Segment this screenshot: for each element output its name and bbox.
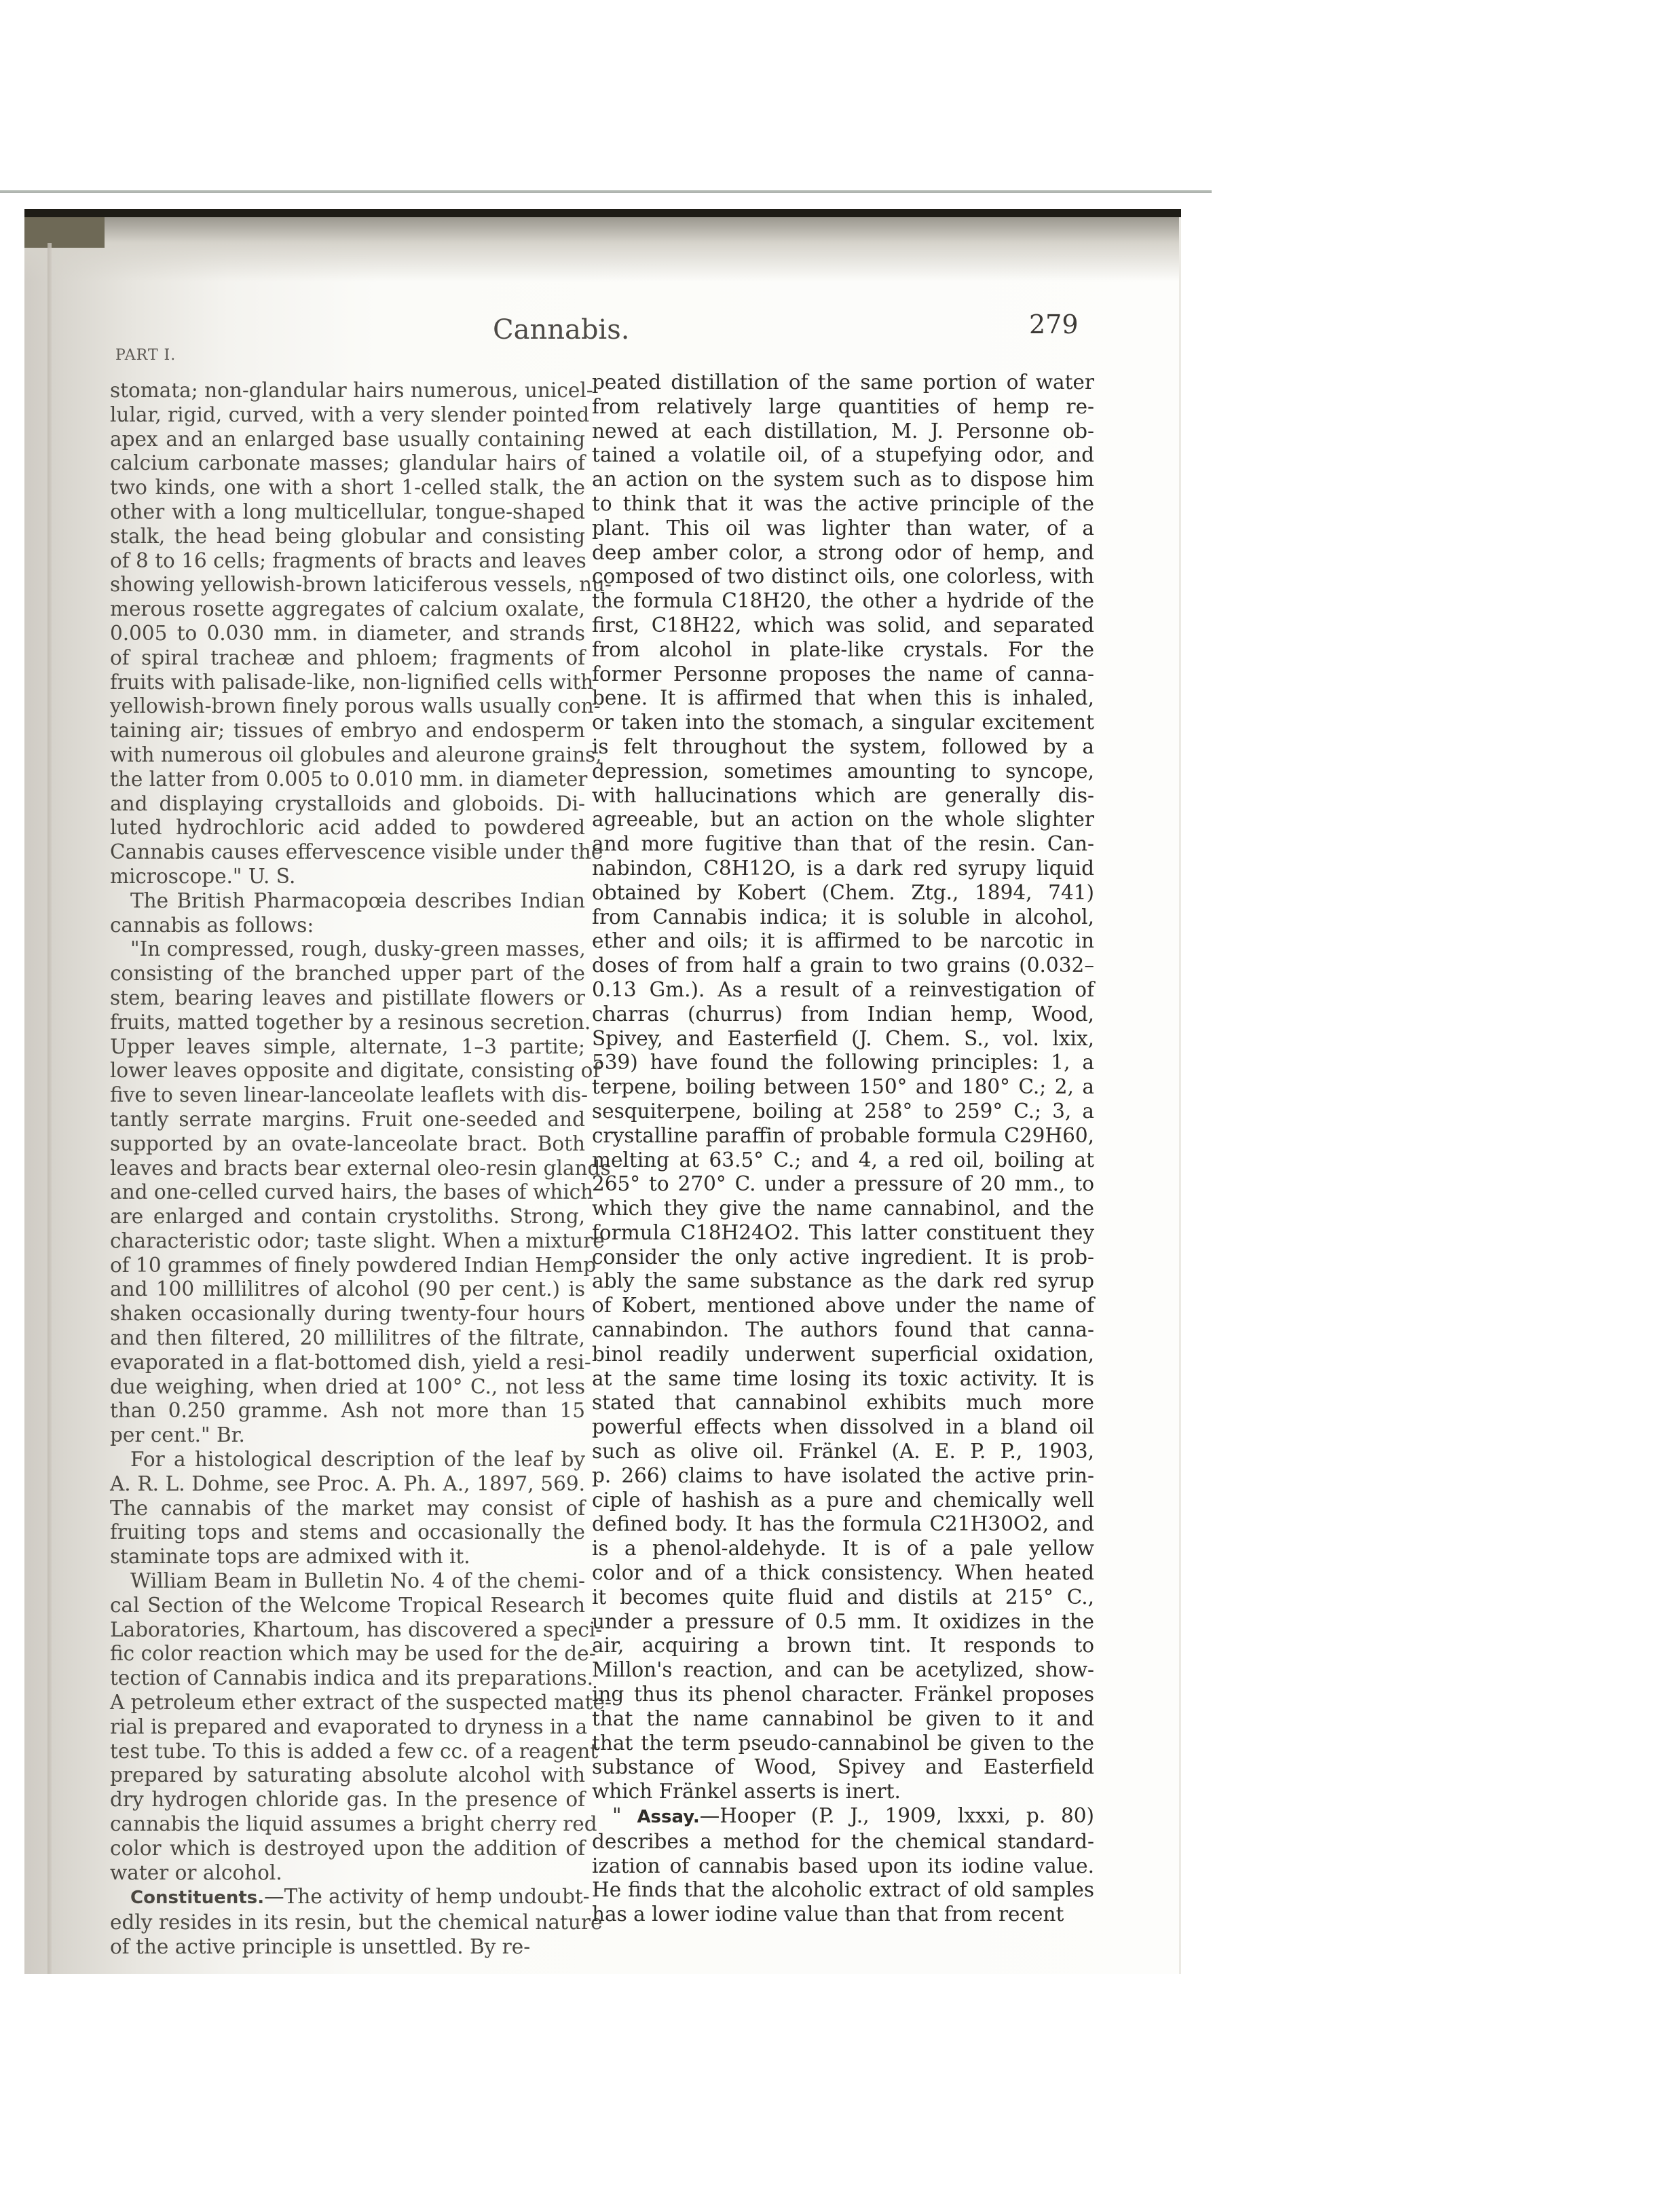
text-line: than 0.250 gramme. Ash not more than 15 [110,1399,585,1423]
text-line: newed at each distillation, M. J. Person… [592,419,1094,444]
text-line: is felt throughout the system, followed … [592,735,1094,760]
text-line: water or alcohol. [110,1861,585,1886]
text-line: p. 266) claims to have isolated the acti… [592,1464,1094,1489]
text-line: to think that it was the active principl… [592,492,1094,517]
text-line: dry hydrogen chloride gas. In the presen… [110,1788,585,1812]
text-line: depression, sometimes amounting to synco… [592,760,1094,784]
text-line: doses of from half a grain to two grains… [592,954,1094,978]
text-line: charras (churrus) from Indian hemp, Wood… [592,1003,1094,1027]
text-line: stated that cannabinol exhibits much mor… [592,1391,1094,1415]
text-line: consider the only active ingredient. It … [592,1246,1094,1270]
text-line: and 100 millilitres of alcohol (90 per c… [110,1277,585,1302]
text-line: that the term pseudo-cannabinol be given… [592,1732,1094,1756]
text-line: A. R. L. Dohme, see Proc. A. Ph. A., 189… [110,1472,585,1497]
text-line: or taken into the stomach, a singular ex… [592,711,1094,735]
text-line: fruits, matted together by a resinous se… [110,1011,585,1035]
text-line: shaken occasionally during twenty-four h… [110,1302,585,1326]
text-line: cannabis the liquid assumes a bright che… [110,1812,585,1837]
text-line: "In compressed, rough, dusky-green masse… [110,937,585,962]
text-line: bene. It is affirmed that when this is i… [592,686,1094,711]
text-line: luted hydrochloric acid added to powdere… [110,816,585,840]
text-line: color which is destroyed upon the additi… [110,1837,585,1861]
right-column: peated distillation of the same portion … [592,371,1094,1927]
text-line: fruiting tops and stems and occasionally… [110,1520,585,1545]
scan-border [24,209,1181,217]
text-line: with hallucinations which are generally … [592,784,1094,808]
text-line: tained a volatile oil, of a stupefying o… [592,443,1094,468]
text-line: cannabindon. The authors found that cann… [592,1318,1094,1343]
text-line: of 8 to 16 cells; fragments of bracts an… [110,549,585,574]
text-line: fic color reaction which may be used for… [110,1642,585,1666]
text-line: apex and an enlarged base usually contai… [110,428,585,452]
scan-top-rule [0,190,1212,193]
text-line: due weighing, when dried at 100° C., not… [110,1375,585,1400]
text-line: that the name cannabinol be given to it … [592,1707,1094,1732]
text-line: evaporated in a flat-bottomed dish, yiel… [110,1351,585,1375]
text-line: are enlarged and contain crystoliths. St… [110,1205,585,1229]
text-line: lular, rigid, curved, with a very slende… [110,403,585,428]
text-line: terpene, boiling between 150° and 180° C… [592,1075,1094,1100]
text-line: has a lower iodine value than that from … [592,1903,1094,1927]
text-line: with numerous oil globules and aleurone … [110,743,585,768]
page-title: Cannabis. [493,314,629,345]
text-line: 0.13 Gm.). As a result of a reinvestigat… [592,978,1094,1003]
text-line: and one-celled curved hairs, the bases o… [110,1180,585,1205]
text-line: two kinds, one with a short 1-celled sta… [110,476,585,500]
text-line: cal Section of the Welcome Tropical Rese… [110,1594,585,1618]
text-line: stomata; non-glandular hairs numerous, u… [110,379,585,403]
text-line: He finds that the alcoholic extract of o… [592,1878,1094,1903]
text-line: ization of cannabis based upon its iodin… [592,1854,1094,1879]
text-line: William Beam in Bulletin No. 4 of the ch… [110,1569,585,1594]
text-line: which they give the name cannabinol, and… [592,1197,1094,1221]
text-line: supported by an ovate-lanceolate bract. … [110,1132,585,1157]
text-line: ether and oils; it is affirmed to be nar… [592,929,1094,954]
text-line: staminate tops are admixed with it. [110,1545,585,1569]
text-line: For a histological description of the le… [110,1448,585,1472]
text-line: 539) have found the following principles… [592,1051,1094,1075]
text-line: deep amber color, a strong odor of hemp,… [592,541,1094,565]
text-line: and then filtered, 20 millilitres of the… [110,1326,585,1351]
text-line: obtained by Kobert (Chem. Ztg., 1894, 74… [592,881,1094,905]
text-line: test tube. To this is added a few cc. of… [110,1740,585,1764]
text-line: showing yellowish-brown laticiferous ves… [110,573,585,597]
text-line: describes a method for the chemical stan… [592,1830,1094,1854]
page-shadow [24,217,1181,282]
scanned-page: PART I. Cannabis. 279 stomata; non-gland… [24,209,1181,1974]
text-line: tection of Cannabis indica and its prepa… [110,1666,585,1691]
text-line: the formula C18H20, the other a hydride … [592,589,1094,614]
text-line: edly resides in its resin, but the chemi… [110,1911,585,1935]
text-line: binol readily underwent superficial oxid… [592,1343,1094,1367]
text-line: five to seven linear-lanceolate leaflets… [110,1083,585,1108]
text-line: consisting of the branched upper part of… [110,962,585,986]
text-line: color and of a thick consistency. When h… [592,1561,1094,1586]
left-column: stomata; non-glandular hairs numerous, u… [110,379,585,1960]
text-line: of spiral tracheæ and phloem; fragments … [110,646,585,671]
text-line: crystalline paraffin of probable formula… [592,1124,1094,1148]
text-line: ing thus its phenol character. Fränkel p… [592,1683,1094,1707]
text-line: Constituents.—The activity of hemp undou… [110,1885,585,1911]
page-corner-shadow [24,217,105,248]
text-line: 0.005 to 0.030 mm. in diameter, and stra… [110,622,585,646]
text-line: yellowish-brown finely porous walls usua… [110,694,585,719]
text-line: Spivey, and Easterfield (J. Chem. S., vo… [592,1027,1094,1051]
text-line: of Kobert, mentioned above under the nam… [592,1294,1094,1318]
text-line: rial is prepared and evaporated to dryne… [110,1715,585,1740]
text-line: The British Pharmacopœia describes India… [110,889,585,914]
text-line: at the same time losing its toxic activi… [592,1367,1094,1391]
text-line: air, acquiring a brown tint. It responds… [592,1634,1094,1658]
part-label: PART I. [115,347,176,364]
text-line: former Personne proposes the name of can… [592,662,1094,687]
text-line: composed of two distinct oils, one color… [592,565,1094,589]
text-line: such as olive oil. Fränkel (A. E. P. P.,… [592,1440,1094,1464]
text-line: fruits with palisade-like, non-lignified… [110,671,585,695]
text-line: Millon's reaction, and can be acetylized… [592,1658,1094,1683]
text-line: first, C18H22, which was solid, and sepa… [592,614,1094,638]
text-line: merous rosette aggregates of calcium oxa… [110,597,585,622]
book-gutter [48,243,52,1974]
text-line: the latter from 0.005 to 0.010 mm. in di… [110,768,585,792]
text-line: it becomes quite fluid and distils at 21… [592,1586,1094,1610]
text-line: is a phenol-aldehyde. It is of a pale ye… [592,1537,1094,1561]
text-line: nabindon, C8H12O, is a dark red syrupy l… [592,857,1094,881]
text-line: melting at 63.5° C.; and 4, a red oil, b… [592,1148,1094,1173]
text-line: sesquiterpene, boiling at 258° to 259° C… [592,1100,1094,1124]
text-line: lower leaves opposite and digitate, cons… [110,1059,585,1083]
text-line: from relatively large quantities of hemp… [592,395,1094,419]
text-line: Cannabis causes effervescence visible un… [110,840,585,865]
text-line: stem, bearing leaves and pistillate flow… [110,986,585,1011]
text-line: The cannabis of the market may consist o… [110,1497,585,1521]
text-line: formula C18H24O2. This latter constituen… [592,1221,1094,1246]
text-line: and more fugitive than that of the resin… [592,832,1094,857]
text-line: " Assay.—Hooper (P. J., 1909, lxxxi, p. … [592,1804,1094,1830]
text-line: calcium carbonate masses; glandular hair… [110,451,585,476]
text-line: taining air; tissues of embryo and endos… [110,719,585,743]
text-line: from Cannabis indica; it is soluble in a… [592,905,1094,930]
text-line: peated distillation of the same portion … [592,371,1094,395]
text-line: stalk, the head being globular and consi… [110,525,585,549]
text-line: Laboratories, Khartoum, has discovered a… [110,1618,585,1643]
text-line: cannabis as follows: [110,914,585,938]
text-line: from alcohol in plate-like crystals. For… [592,638,1094,662]
text-line: under a pressure of 0.5 mm. It oxidizes … [592,1610,1094,1634]
text-line: substance of Wood, Spivey and Easterfiel… [592,1755,1094,1780]
text-line: of 10 grammes of finely powdered Indian … [110,1254,585,1278]
text-line: of the active principle is unsettled. By… [110,1935,585,1960]
text-line: which Fränkel asserts is inert. [592,1780,1094,1804]
text-line: plant. This oil was lighter than water, … [592,517,1094,541]
text-line: an action on the system such as to dispo… [592,468,1094,492]
text-line: defined body. It has the formula C21H30O… [592,1512,1094,1537]
text-line: A petroleum ether extract of the suspect… [110,1691,585,1715]
text-line: agreeable, but an action on the whole sl… [592,808,1094,832]
text-line: ably the same substance as the dark red … [592,1269,1094,1294]
text-line: Upper leaves simple, alternate, 1–3 part… [110,1035,585,1060]
text-line: leaves and bracts bear external oleo-res… [110,1157,585,1181]
section-heading: Assay. [637,1807,699,1827]
text-line: microscope." U. S. [110,865,585,889]
text-line: ciple of hashish as a pure and chemicall… [592,1489,1094,1513]
text-line: and displaying crystalloids and globoids… [110,792,585,817]
page-edge [1179,217,1181,1974]
page-number: 279 [1029,310,1079,339]
text-line: tantly serrate margins. Fruit one-seeded… [110,1108,585,1132]
text-line: 265° to 270° C. under a pressure of 20 m… [592,1172,1094,1197]
section-heading: Constituents. [130,1888,264,1908]
text-line: prepared by saturating absolute alcohol … [110,1763,585,1788]
text-line: characteristic odor; taste slight. When … [110,1229,585,1254]
text-line: per cent." Br. [110,1423,585,1448]
text-line: other with a long multicellular, tongue-… [110,500,585,525]
text-line: powerful effects when dissolved in a bla… [592,1415,1094,1440]
